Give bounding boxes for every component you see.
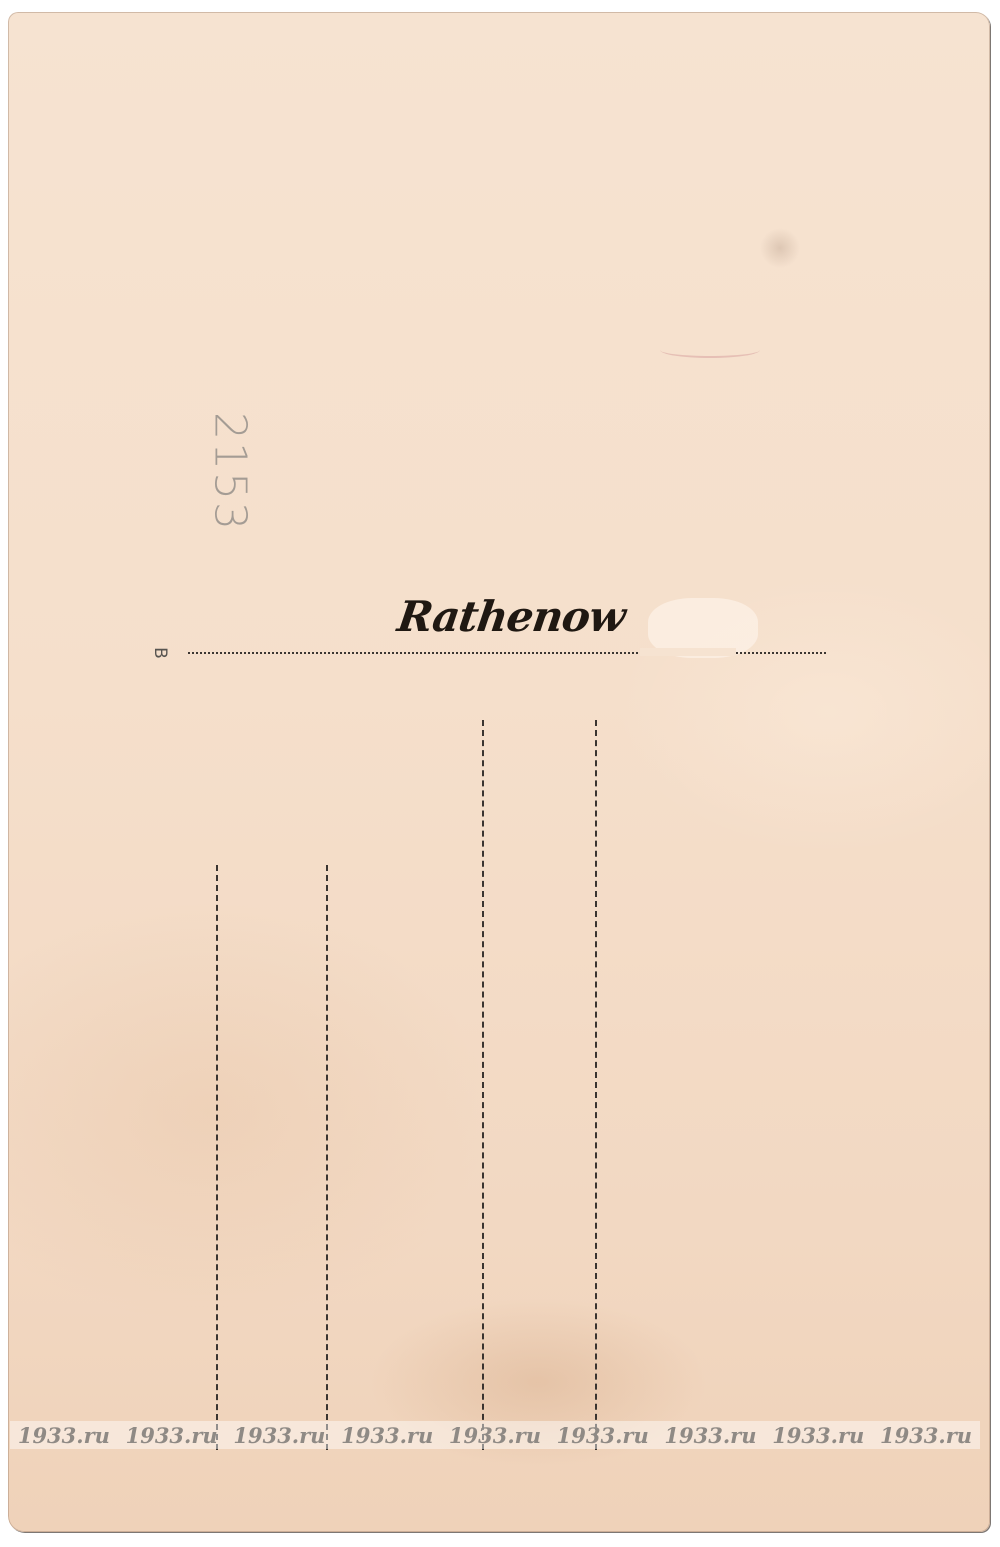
watermark-text: 1933.ru xyxy=(233,1423,325,1448)
watermark-text: 1933.ru xyxy=(341,1423,433,1448)
divider-line-4 xyxy=(595,720,597,1450)
address-prefix: В xyxy=(150,643,170,663)
paper-stain xyxy=(760,228,800,268)
pink-ink-mark xyxy=(660,342,760,358)
address-line-gap xyxy=(640,648,736,656)
divider-line-2 xyxy=(326,865,328,1450)
divider-line-3 xyxy=(482,720,484,1450)
postcard-back xyxy=(8,12,990,1532)
watermark-text: 1933.ru xyxy=(557,1423,649,1448)
pencil-number-text: 2153 xyxy=(205,412,256,532)
pencil-inventory-number: 2153 xyxy=(200,392,260,552)
watermark-text: 1933.ru xyxy=(880,1423,972,1448)
handwritten-address: Rathenow xyxy=(395,592,628,641)
watermark-text: 1933.ru xyxy=(664,1423,756,1448)
watermark-band: 1933.ru 1933.ru 1933.ru 1933.ru 1933.ru … xyxy=(10,1421,980,1449)
watermark-text: 1933.ru xyxy=(449,1423,541,1448)
watermark-text: 1933.ru xyxy=(18,1423,110,1448)
watermark-text: 1933.ru xyxy=(772,1423,864,1448)
divider-line-1 xyxy=(216,865,218,1450)
watermark-text: 1933.ru xyxy=(126,1423,218,1448)
